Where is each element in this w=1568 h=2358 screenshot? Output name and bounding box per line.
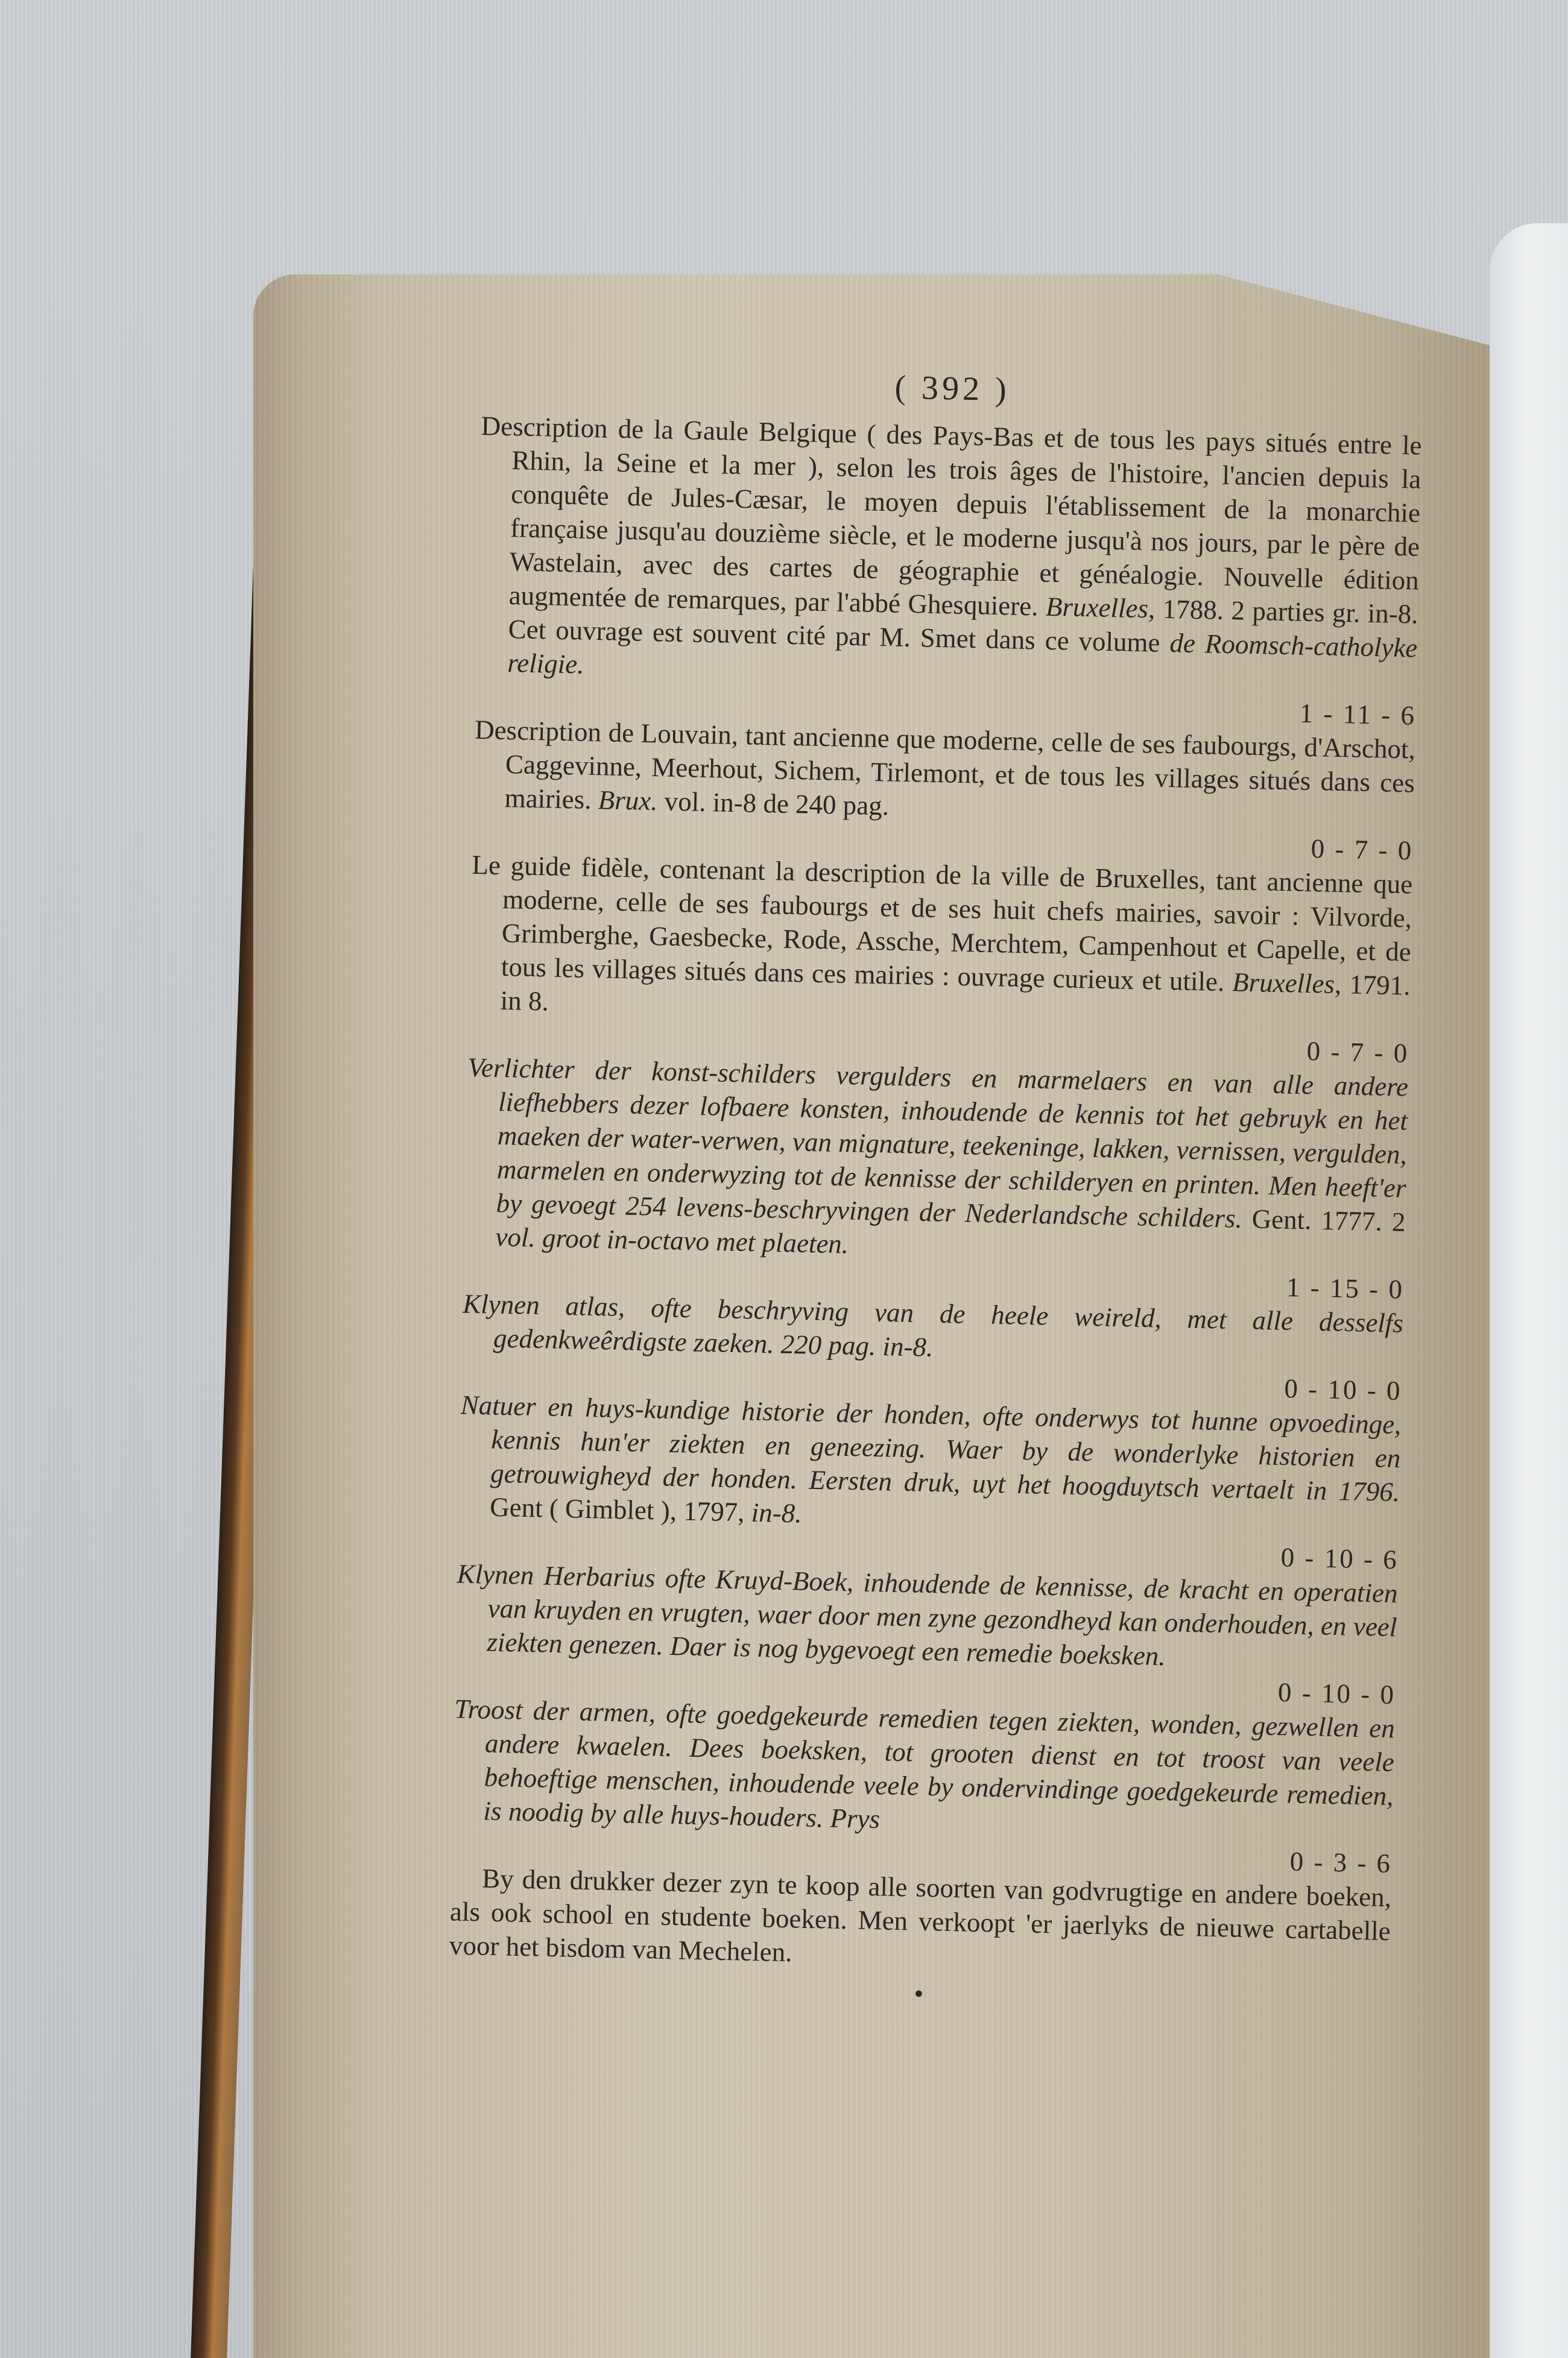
page-text-block: ( 392 ) Description de la Gaule Belgique…	[448, 362, 1423, 2020]
catalog-entry-guide-fidele: Le guide fidèle, contenant la descriptio…	[468, 848, 1413, 1070]
catalog-entry-troost-der-armen: Troost der armen, ofte goedgekeurde reme…	[451, 1692, 1396, 1881]
catalog-entry-honden: Natuer en huys-kundige historie der hond…	[457, 1388, 1402, 1577]
catalog-entry-louvain: Description de Louvain, tant ancienne qu…	[472, 713, 1415, 868]
printer-notice: By den drukker dezer zyn te koop alle so…	[449, 1860, 1391, 1982]
catalog-entry-verlichter: Verlichter der konst-schilders vergulder…	[463, 1051, 1409, 1307]
catalog-entry-herbarius: Klynen Herbarius ofte Kruyd-Boek, inhoud…	[455, 1557, 1398, 1712]
catalog-entry-klynen-atlas: Klynen atlas, ofte beschryving van de he…	[461, 1287, 1403, 1408]
catalog-entry-gaule-belgique: Description de la Gaule Belgique ( des P…	[475, 409, 1422, 733]
facing-page-edge	[1490, 223, 1568, 2358]
